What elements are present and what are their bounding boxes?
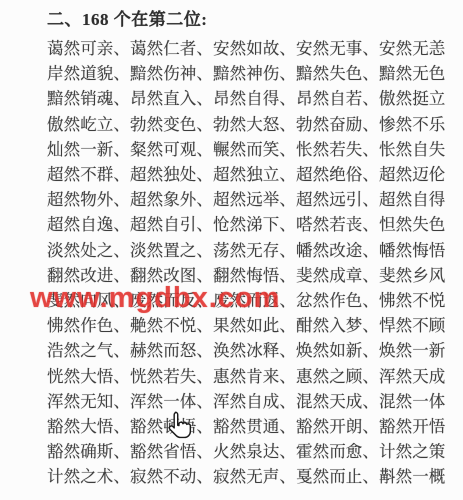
- idiom-line: 浑然无知、浑然一体、浑然自成、混然天成、混然一体: [47, 389, 451, 414]
- idiom-line: 豁然确斯、豁然省悟、火然泉达、霍然而愈、计然之策: [47, 439, 451, 464]
- idiom-line: 豁然大悟、豁然顿悟、豁然贯通、豁然开朗、豁然开悟: [47, 414, 451, 439]
- idiom-line: 浩然之气、赫然而怒、涣然冰释、焕然如新、焕然一新: [47, 338, 451, 363]
- idiom-line: 蔼然可亲、蔼然仁者、安然如故、安然无事、安然无恙: [47, 36, 451, 61]
- idiom-line: 超然自逸、超然自引、怆然涕下、嗒然若丧、怛然失色: [47, 212, 451, 237]
- idiom-line: 翻然改进、翻然改图、翻然悔悟、斐然成章、斐然乡风: [47, 263, 451, 288]
- idiom-line: 灿然一新、粲然可观、冁然而笑、怅然若失、怅然自失: [47, 137, 451, 162]
- idiom-line: 岸然道貌、黯然伤神、黯然神伤、黯然失色、黯然无色: [47, 61, 451, 86]
- idiom-line: 淡然处之、淡然置之、荡然无存、幡然改途、幡然悔悟: [47, 238, 451, 263]
- idiom-line: 恍然大悟、恍然若失、惠然肯来、惠然之顾、浑然天成: [47, 364, 451, 389]
- document-content: 二、168 个在第二位: 蔼然可亲、蔼然仁者、安然如故、安然无事、安然无恙 岸然…: [47, 8, 451, 490]
- document-page: 二、168 个在第二位: 蔼然可亲、蔼然仁者、安然如故、安然无事、安然无恙 岸然…: [0, 0, 463, 500]
- idiom-line: 黯然销魂、昂然直入、昂然自得、昂然自若、傲然挺立: [47, 86, 451, 111]
- idiom-line: 计然之术、寂然不动、寂然无声、戛然而止、斠然一概: [47, 464, 451, 489]
- idiom-line: 斐然向风、废然而反、废然而返、忿然作色、怫然不悦: [47, 288, 451, 313]
- idiom-line: 超然物外、超然象外、超然远举、超然远引、超然自得: [47, 187, 451, 212]
- page-title: 二、168 个在第二位:: [47, 8, 451, 32]
- idiom-list: 蔼然可亲、蔼然仁者、安然如故、安然无事、安然无恙 岸然道貌、黯然伤神、黯然神伤、…: [47, 36, 451, 490]
- idiom-line: 怫然作色、艴然不悦、果然如此、酣然入梦、悍然不顾: [47, 313, 451, 338]
- idiom-line: 傲然屹立、勃然变色、勃然大怒、勃然奋励、惨然不乐: [47, 112, 451, 137]
- idiom-line: 超然不群、超然独处、超然独立、超然绝俗、超然迈伦: [47, 162, 451, 187]
